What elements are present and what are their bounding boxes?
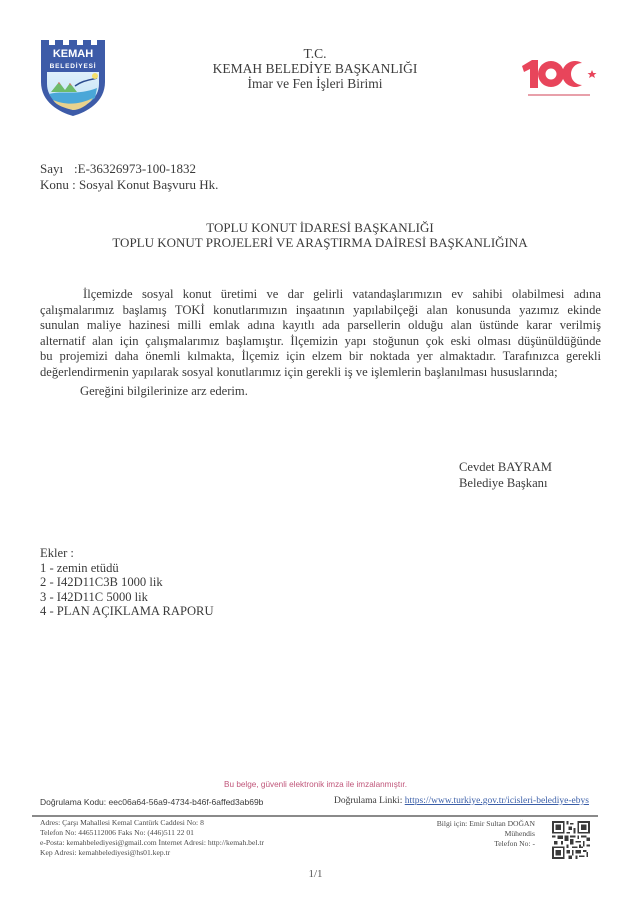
verification-link: Doğrulama Linki: https://www.turkiye.gov… bbox=[334, 796, 589, 806]
konu-label: Konu bbox=[40, 177, 69, 192]
address-line: e-Posta: kemahbelediyesi@gmail.com İnter… bbox=[40, 838, 264, 848]
address-line: Telefon No: 4465112006 Faks No: (446)511… bbox=[40, 828, 264, 838]
kemah-municipality-emblem-icon: KEMAH BELEDİYESİ bbox=[37, 36, 109, 118]
body-line: bu projemizi daha önemli kılmakta, İlçem… bbox=[40, 349, 601, 365]
konu-value: Sosyal Konut Başvuru Hk. bbox=[79, 177, 218, 192]
footer-divider bbox=[32, 815, 598, 817]
recipient-line-1: TOPLU KONUT İDARESİ BAŞKANLIĞI bbox=[60, 221, 580, 236]
signatory-name: Cevdet BAYRAM bbox=[459, 460, 552, 476]
signature-block: Cevdet BAYRAM Belediye Başkanı bbox=[459, 460, 552, 491]
turkiye-100th-anniversary-icon bbox=[518, 52, 600, 102]
verification-code-value: eec06a64-56a9-4734-b46f-6affed3ab69b bbox=[109, 797, 264, 807]
page-number: 1/1 bbox=[0, 868, 631, 880]
e-signature-note: Bu belge, güvenli elektronik imza ile im… bbox=[0, 780, 631, 789]
reference-number-row: Sayı:E-36326973-100-1832 bbox=[40, 161, 218, 177]
body-line: sunulan maliye hazinesi milli emlak adın… bbox=[40, 318, 601, 334]
closing-line: Gereğini bilgilerinize arz ederim. bbox=[80, 384, 248, 399]
recipient-line-2: TOPLU KONUT PROJELERİ VE ARAŞTIRMA DAİRE… bbox=[60, 236, 580, 251]
attachments-list: Ekler : 1 - zemin etüdü 2 - I42D11C3B 10… bbox=[40, 546, 214, 619]
subject-row: Konu : Sosyal Konut Başvuru Hk. bbox=[40, 177, 218, 193]
body-line: değerlendirmenin yapılarak sosyal konutl… bbox=[40, 365, 601, 381]
sayi-value: E-36326973-100-1832 bbox=[78, 161, 196, 176]
attachment-item: 4 - PLAN AÇIKLAMA RAPORU bbox=[40, 604, 214, 619]
qr-code-icon bbox=[552, 821, 590, 859]
svg-text:BELEDİYESİ: BELEDİYESİ bbox=[50, 62, 97, 70]
header-municipality: KEMAH BELEDİYE BAŞKANLIĞI bbox=[150, 61, 480, 76]
address-line: Kep Adresi: kemahbelediyesi@hs01.kep.tr bbox=[40, 848, 264, 858]
verification-code-label: Doğrulama Kodu: bbox=[40, 797, 106, 807]
verification-link-url[interactable]: https://www.turkiye.gov.tr/icisleri-bele… bbox=[405, 796, 589, 806]
body-paragraph: İlçemizde sosyal konut üretimi ve dar ge… bbox=[40, 287, 601, 380]
header-department: İmar ve Fen İşleri Birimi bbox=[150, 76, 480, 91]
letterhead: T.C. KEMAH BELEDİYE BAŞKANLIĞI İmar ve F… bbox=[150, 46, 480, 91]
attachment-item: 2 - I42D11C3B 1000 lik bbox=[40, 575, 214, 590]
address-line: Adres: Çarşı Mahallesi Kemal Cantürk Cad… bbox=[40, 818, 264, 828]
header-tc: T.C. bbox=[150, 46, 480, 61]
contact-title: Mühendis bbox=[410, 829, 535, 839]
signatory-title: Belediye Başkanı bbox=[459, 476, 552, 492]
verification-code: Doğrulama Kodu: eec06a64-56a9-4734-b46f-… bbox=[40, 797, 263, 807]
attachment-item: 3 - I42D11C 5000 lik bbox=[40, 590, 214, 605]
attachments-label: Ekler : bbox=[40, 546, 214, 561]
reference-block: Sayı:E-36326973-100-1832 Konu : Sosyal K… bbox=[40, 161, 218, 193]
body-line: alternatif alan için çalışmalarımız başl… bbox=[40, 334, 601, 350]
attachment-item: 1 - zemin etüdü bbox=[40, 561, 214, 576]
body-line: İlçemizde sosyal konut üretimi ve dar ge… bbox=[40, 287, 601, 303]
recipient-block: TOPLU KONUT İDARESİ BAŞKANLIĞI TOPLU KON… bbox=[60, 221, 580, 250]
contact-person: Bilgi için: Emir Sultan DOĞAN bbox=[410, 819, 535, 829]
sayi-label: Sayı bbox=[40, 161, 74, 177]
svg-text:KEMAH: KEMAH bbox=[53, 48, 93, 60]
body-line: çalışmalarımız başlamış TOKİ konutlarımı… bbox=[40, 303, 601, 319]
address-block: Adres: Çarşı Mahallesi Kemal Cantürk Cad… bbox=[40, 818, 264, 858]
contact-info-block: Bilgi için: Emir Sultan DOĞAN Mühendis T… bbox=[410, 819, 535, 849]
contact-phone: Telefon No: - bbox=[410, 839, 535, 849]
verification-link-label: Doğrulama Linki: bbox=[334, 796, 402, 806]
